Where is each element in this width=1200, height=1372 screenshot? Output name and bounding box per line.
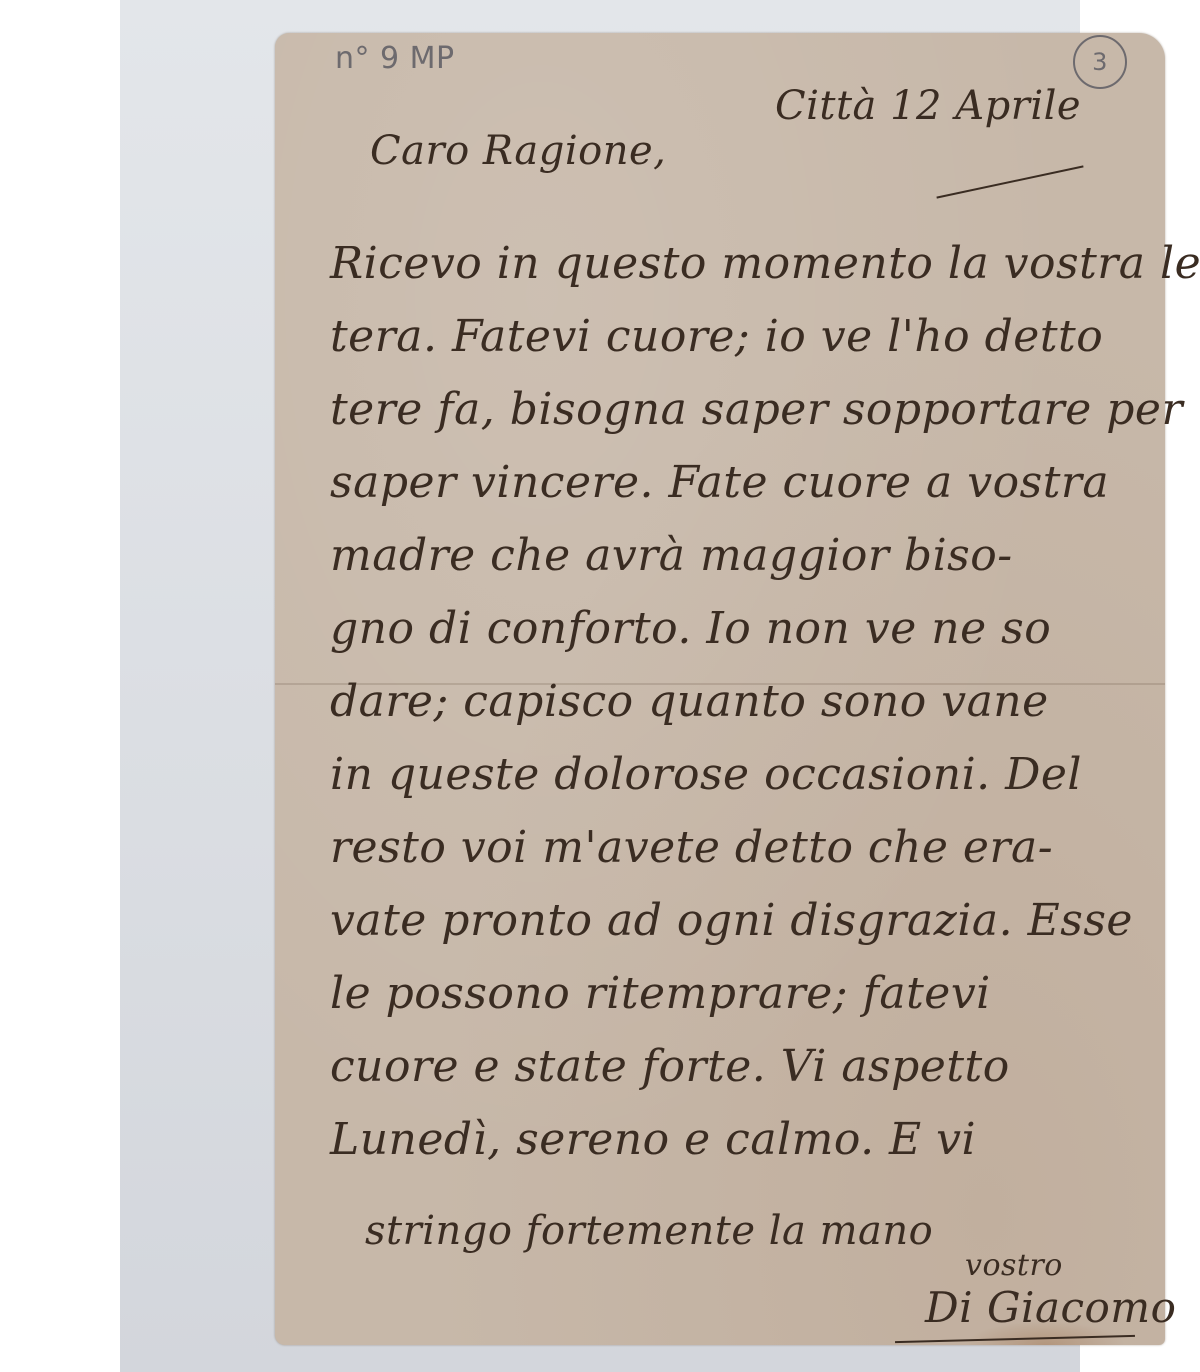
body-line: Ricevo in questo momento la vostra let- bbox=[330, 238, 1200, 289]
place-date: Città 12 Aprile bbox=[775, 83, 1081, 129]
photo-background: n° 9 MP 3 Città 12 Aprile Caro Ragione, … bbox=[120, 0, 1080, 1372]
signature: Di Giacomo bbox=[925, 1283, 1176, 1332]
body-line: cuore e state forte. Vi aspetto bbox=[330, 1041, 1010, 1092]
page-number-circle: 3 bbox=[1073, 35, 1127, 89]
archive-number: n° 9 MP bbox=[335, 41, 455, 76]
salutation: Caro Ragione, bbox=[370, 128, 666, 174]
body-line: gno di conforto. Io non ve ne so bbox=[330, 603, 1051, 654]
body-line: tere fa, bisogna saper sopportare per bbox=[330, 384, 1183, 435]
body-line: dare; capisco quanto sono vane bbox=[330, 676, 1049, 727]
body-line: vate pronto ad ogni disgrazia. Esse bbox=[330, 895, 1133, 946]
body-line: tera. Fatevi cuore; io ve l'ho detto bbox=[330, 311, 1103, 362]
body-line: in queste dolorose occasioni. Del bbox=[330, 749, 1082, 800]
date-flourish bbox=[936, 165, 1083, 198]
body-line: saper vincere. Fate cuore a vostra bbox=[330, 457, 1109, 508]
body-line: le possono ritemprare; fatevi bbox=[330, 968, 991, 1019]
letter-sheet: n° 9 MP 3 Città 12 Aprile Caro Ragione, … bbox=[275, 33, 1165, 1345]
body-line: madre che avrà maggior biso- bbox=[330, 530, 1013, 581]
valediction: vostro bbox=[965, 1248, 1063, 1283]
body-line: Lunedì, sereno e calmo. E vi bbox=[330, 1114, 976, 1165]
closing-line: stringo fortemente la mano bbox=[365, 1208, 933, 1254]
body-line: resto voi m'avete detto che era- bbox=[330, 822, 1053, 873]
